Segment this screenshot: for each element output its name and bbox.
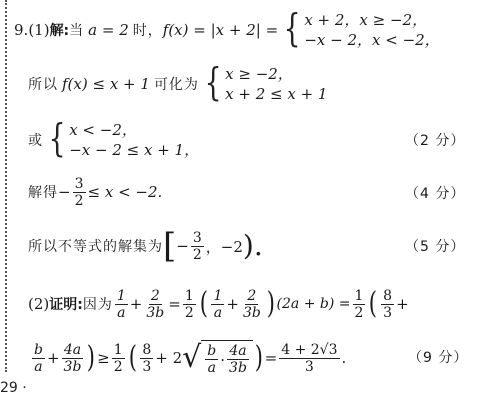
denominator: 2: [73, 193, 86, 209]
denominator: 3b: [62, 359, 84, 375]
fraction-3-2: 3 2: [73, 176, 86, 209]
system-cases: { x ≥ −2， x + 2 ≤ x + 1: [201, 64, 328, 104]
part1-label: (1): [28, 21, 49, 39]
right-paren: ): [255, 343, 263, 373]
inequality: f(x) ≤ x + 1: [62, 75, 150, 93]
solution-keyword: 解:: [50, 20, 70, 40]
numerator: 4a: [227, 343, 248, 360]
part1-line5: 所以不等式的解集为 [ − 3 2 ，−2 ).: [28, 226, 263, 266]
denominator: a: [206, 360, 218, 376]
numerator: b: [205, 343, 218, 360]
case-1: x + 2，x ≥ −2，: [304, 10, 439, 30]
fraction: 1a: [115, 288, 128, 321]
denominator: 3b: [227, 360, 249, 376]
numerator: 3: [73, 176, 86, 193]
fraction: 1a: [211, 288, 224, 321]
part1-line1: 9. (1) 解: 当 a = 2 时， f(x) = |x + 2| = { …: [14, 8, 440, 52]
left-brace-icon: {: [49, 120, 66, 160]
left-brace-icon: {: [284, 10, 301, 50]
numerator: 1: [183, 288, 196, 305]
part2-label: (2): [28, 295, 49, 313]
function-definition: f(x) = |x + 2| =: [163, 21, 278, 39]
interval-end: ，−2: [206, 236, 243, 257]
plus-sign: +: [396, 295, 409, 313]
text-solve: 解得: [28, 182, 58, 202]
equals-sign: =: [265, 349, 278, 367]
text-because: 因为: [83, 294, 113, 314]
denominator: 2: [183, 305, 196, 321]
left-paren: (: [369, 289, 377, 319]
condition-a: a = 2: [88, 21, 129, 39]
margin-dotted-rule: [5, 0, 7, 372]
part1-line3: 或 { x < −2， −x − 2 ≤ x + 1，: [28, 118, 199, 162]
case-1: x ≥ −2，: [225, 64, 327, 84]
denominator: a: [115, 305, 127, 321]
part2-line1: (2) 证明: 因为 1a + 23b = 12 ( 1a + 23b ) (2…: [28, 284, 409, 324]
numerator: 8: [140, 342, 153, 359]
geq-sign: ≥: [97, 349, 110, 367]
denominator: 3b: [241, 305, 263, 321]
minus-sign: −: [58, 183, 71, 201]
denominator: 3: [303, 359, 316, 375]
denominator: 3b: [144, 305, 166, 321]
close-paren: ).: [243, 229, 263, 263]
numerator: 1: [115, 288, 128, 305]
fraction: 83: [140, 342, 153, 375]
problem-number: 9.: [14, 21, 28, 39]
fraction: 12: [112, 342, 125, 375]
case-2: −x − 2，x < −2，: [304, 30, 439, 50]
piecewise-cases: { x + 2，x ≥ −2， −x − 2，x < −2，: [280, 10, 440, 50]
text-solution-set: 所以不等式的解集为: [28, 236, 163, 256]
case-2: x + 2 ≤ x + 1: [225, 84, 327, 104]
multiply-dot: ·: [220, 351, 225, 369]
fraction: ba: [205, 343, 218, 376]
fraction: 23b: [241, 288, 263, 321]
score-5: （5 分）: [405, 236, 465, 256]
score-4: （4 分）: [405, 183, 465, 203]
page-number: 29 ·: [0, 380, 27, 395]
numerator: 3: [191, 230, 204, 247]
text-time: 时，: [133, 20, 163, 40]
text-or: 或: [28, 130, 43, 150]
denominator: a: [212, 305, 224, 321]
plus-sign: +: [47, 349, 60, 367]
numerator: b: [32, 342, 45, 359]
solution-range: ≤ x < −2.: [88, 183, 163, 201]
numerator: 2: [245, 288, 258, 305]
plus-two: + 2: [155, 349, 182, 367]
minus-sign: −: [176, 237, 189, 255]
fraction-3-2: 3 2: [191, 230, 204, 263]
text-when: 当: [69, 20, 84, 40]
proof-keyword: 证明:: [49, 294, 83, 314]
right-paren: ): [87, 343, 95, 373]
equals-sign: =: [168, 295, 181, 313]
denominator: 3: [381, 305, 394, 321]
left-paren: (: [128, 343, 136, 373]
denominator: 2: [191, 247, 204, 263]
denominator: 3: [140, 359, 153, 375]
plus-sign: +: [226, 295, 239, 313]
fraction: 12: [183, 288, 196, 321]
right-paren: ): [267, 289, 275, 319]
denominator: 2: [112, 359, 125, 375]
part2-line2: ba + 4a3b ) ≥ 12 ( 83 + 2 √ ba · 4a3b ) …: [30, 336, 346, 380]
result-fraction: 4 + 2√33: [279, 342, 339, 375]
case-1: x < −2，: [69, 120, 199, 140]
numerator: 1: [112, 342, 125, 359]
numerator: 8: [381, 288, 394, 305]
open-bracket: [: [163, 229, 176, 263]
factor-2a-plus-b: (2a + b) =: [277, 296, 351, 312]
fraction: 83: [381, 288, 394, 321]
system-cases: { x < −2， −x − 2 ≤ x + 1，: [45, 120, 199, 160]
left-paren: (: [199, 289, 207, 319]
left-brace-icon: {: [205, 64, 222, 104]
plus-sign: +: [130, 295, 143, 313]
case-2: −x − 2 ≤ x + 1，: [69, 140, 199, 160]
score-2: （2 分）: [405, 130, 465, 150]
numerator: 1: [353, 288, 366, 305]
fraction: 23b: [144, 288, 166, 321]
numerator: 4 + 2√3: [279, 342, 339, 359]
radical-icon: √: [182, 340, 201, 376]
score-9: （9 分）: [408, 347, 468, 367]
numerator: 4a: [62, 342, 83, 359]
numerator: 2: [149, 288, 162, 305]
square-root: √ ba · 4a3b: [182, 340, 253, 376]
text-can-be-written: 可化为: [154, 74, 199, 94]
denominator: 2: [353, 305, 366, 321]
numerator: 1: [211, 288, 224, 305]
period: .: [342, 349, 347, 367]
part1-line4: 解得 − 3 2 ≤ x < −2.: [28, 172, 162, 212]
text-therefore: 所以: [28, 74, 58, 94]
fraction: 4a3b: [62, 342, 84, 375]
fraction: ba: [32, 342, 45, 375]
part1-line2: 所以 f(x) ≤ x + 1 可化为 { x ≥ −2， x + 2 ≤ x …: [28, 62, 327, 106]
denominator: a: [32, 359, 44, 375]
fraction: 4a3b: [227, 343, 249, 376]
fraction: 12: [353, 288, 366, 321]
